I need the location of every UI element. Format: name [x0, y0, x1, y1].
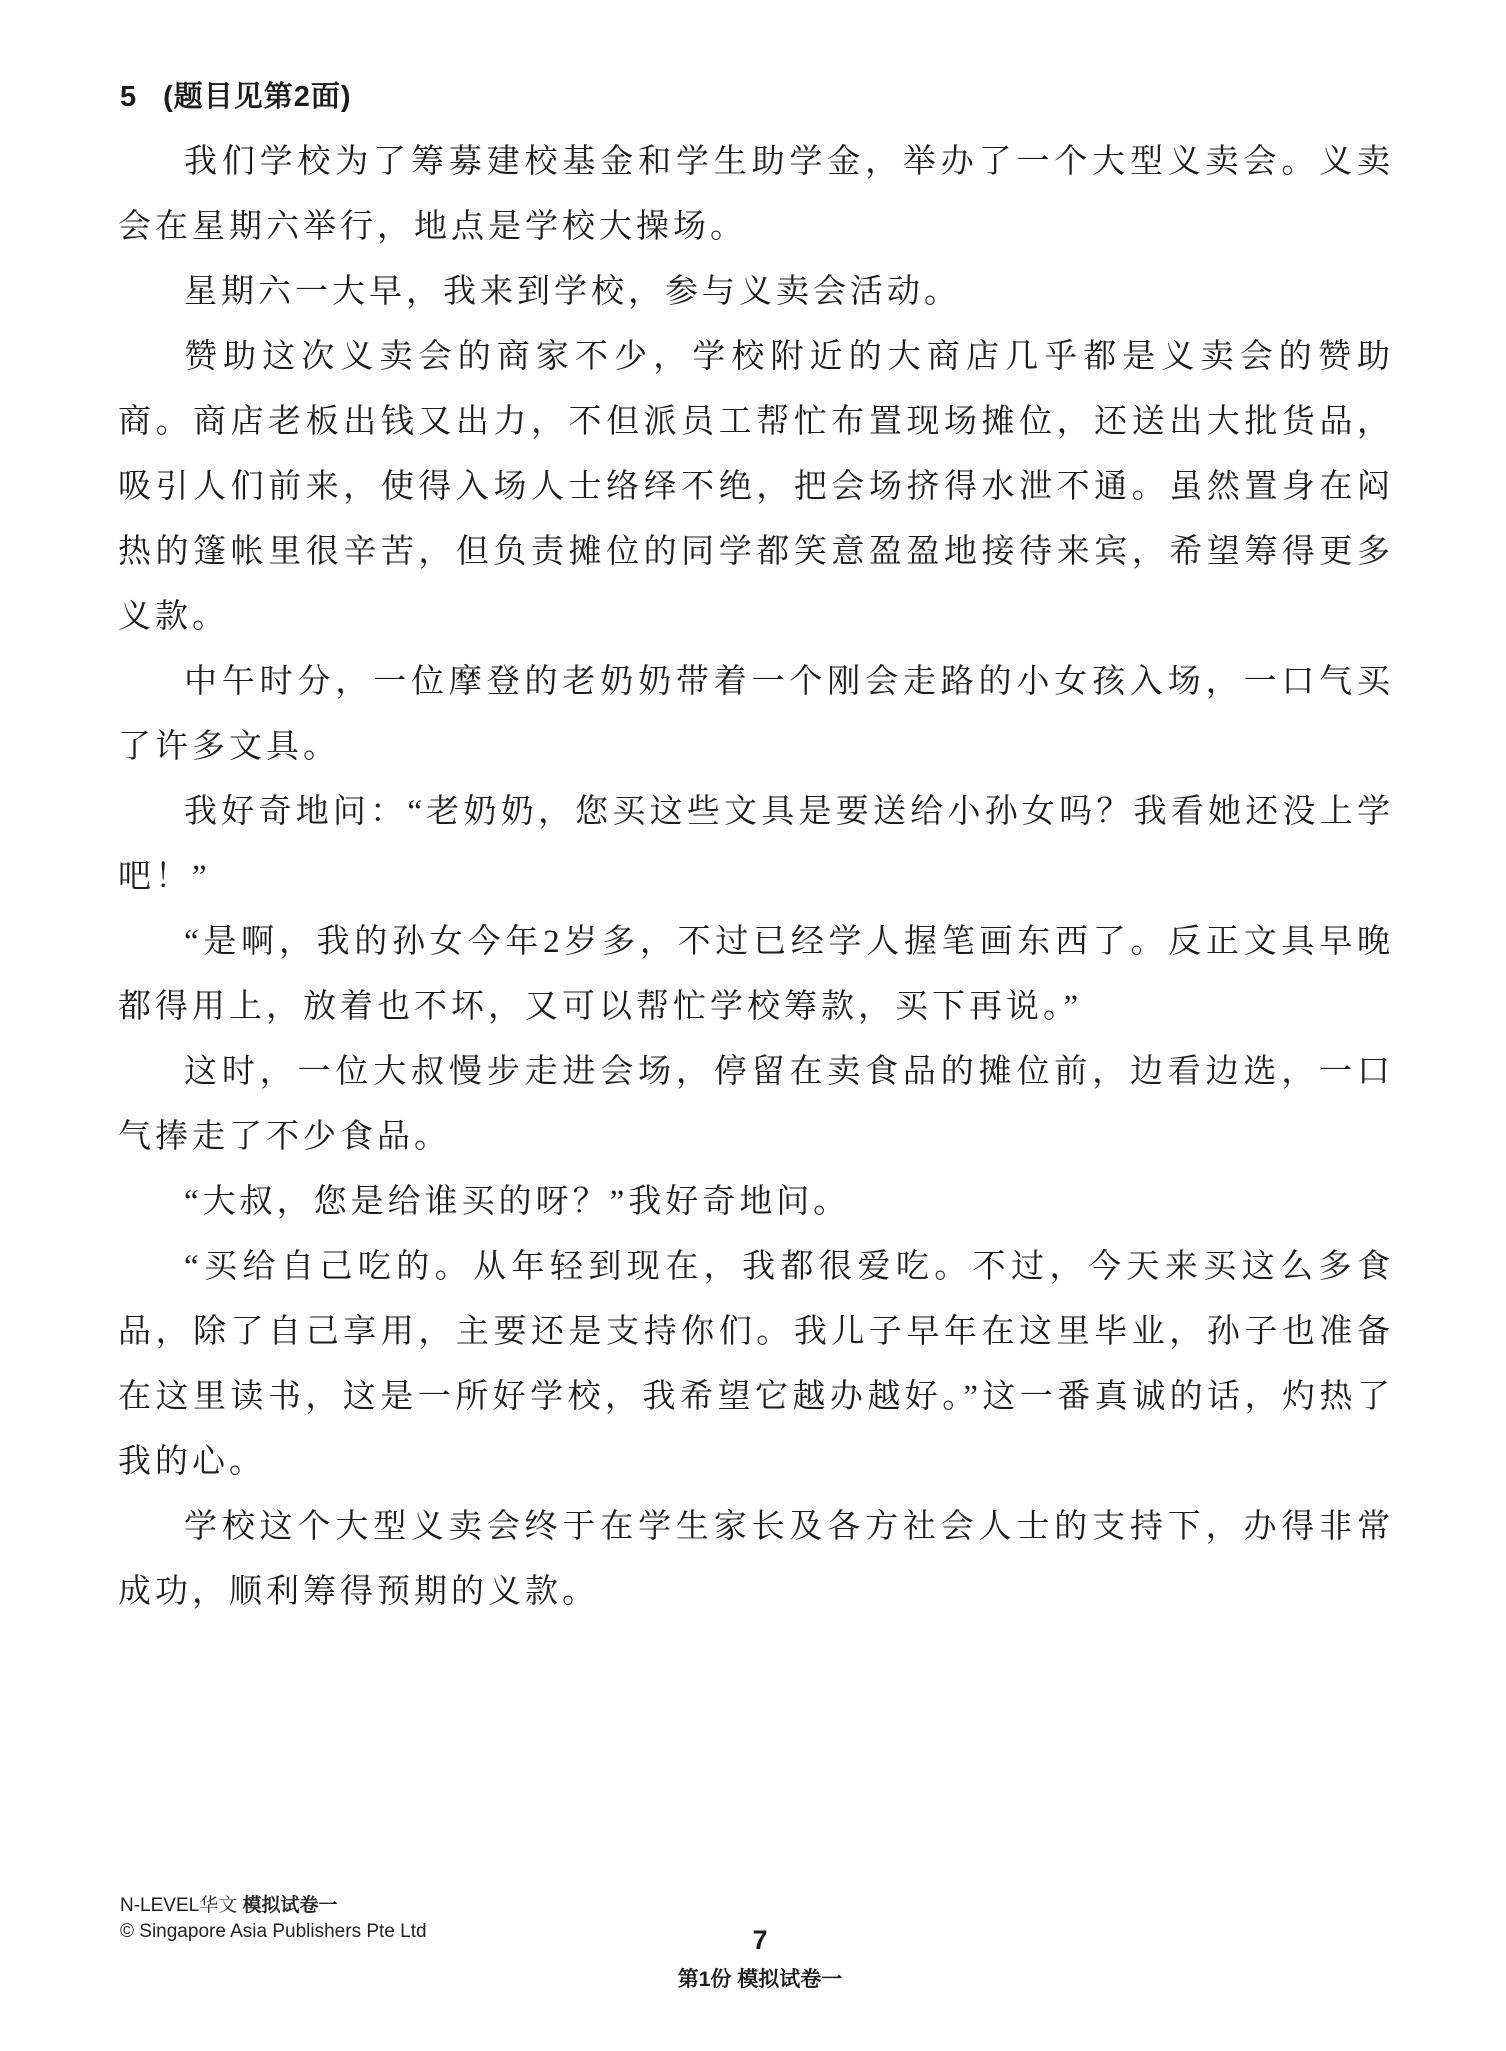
footer-series-prefix: N-LEVEL华文 — [120, 1895, 237, 1916]
footer-series-title: N-LEVEL华文 模拟试卷一 — [120, 1893, 427, 1919]
essay-paragraph: 赞助这次义卖会的商家不少，学校附近的大商店几乎都是义卖会的赞助商。商店老板出钱又… — [118, 325, 1394, 650]
footer-series-name: 模拟试卷一 — [242, 1895, 337, 1916]
essay-paragraph: “买给自己吃的。从年轻到现在，我都很爱吃。不过，今天来买这么多食品，除了自己享用… — [118, 1235, 1394, 1495]
section-label: 第1份 模拟试卷一 — [0, 1963, 1506, 1993]
essay-paragraph: 星期六一大早，我来到学校，参与义卖会活动。 — [118, 260, 1394, 325]
essay-paragraph: 这时，一位大叔慢步走进会场，停留在卖食品的摊位前，边看边选，一口气捧走了不少食品… — [118, 1040, 1394, 1170]
page-number: 7 — [0, 1925, 1506, 1955]
essay-paragraph: “是啊，我的孙女今年2岁多，不过已经学人握笔画东西了。反正文具早晚都得用上，放着… — [118, 910, 1394, 1040]
exam-page: 5 (题目见第2面) 我们学校为了筹募建校基金和学生助学金，举办了一个大型义卖会… — [0, 0, 1506, 2051]
essay-paragraph: 学校这个大型义卖会终于在学生家长及各方社会人士的支持下，办得非常成功，顺利筹得预… — [118, 1495, 1394, 1625]
essay-paragraph: 中午时分，一位摩登的老奶奶带着一个刚会走路的小女孩入场，一口气买了许多文具。 — [118, 650, 1394, 780]
essay-body: 我们学校为了筹募建校基金和学生助学金，举办了一个大型义卖会。义卖会在星期六举行，… — [118, 130, 1394, 1625]
essay-paragraph: “大叔，您是给谁买的呀？”我好奇地问。 — [118, 1170, 1394, 1235]
footer-pagination: 7 第1份 模拟试卷一 — [0, 1925, 1506, 1993]
question-number: 5 — [120, 81, 137, 114]
question-header: 5 (题目见第2面) — [120, 74, 352, 115]
essay-paragraph: 我们学校为了筹募建校基金和学生助学金，举办了一个大型义卖会。义卖会在星期六举行，… — [118, 130, 1394, 260]
question-note: (题目见第2面) — [163, 74, 351, 115]
essay-paragraph: 我好奇地问：“老奶奶，您买这些文具是要送给小孙女吗？我看她还没上学吧！” — [118, 780, 1394, 910]
